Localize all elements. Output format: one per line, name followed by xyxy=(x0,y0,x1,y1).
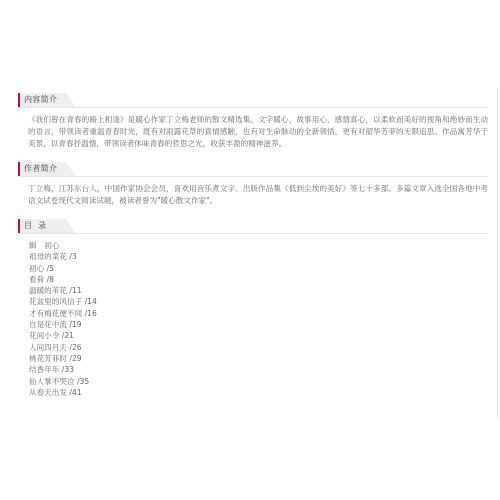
toc-item: 花间小令 /21 xyxy=(29,330,488,341)
intro-text: 《我们曾在青春的路上相逢》是暖心作家丁立梅老师的散文精选集。文字暖心，故事用心，… xyxy=(18,108,488,150)
intro-header: 内容简介 xyxy=(18,93,488,108)
intro-section: 内容简介 《我们曾在青春的路上相逢》是暖心作家丁立梅老师的散文精选集。文字暖心，… xyxy=(18,93,488,150)
toc-item: 花盆里的风信子 /14 xyxy=(29,296,488,307)
toc-item: 看荷 /8 xyxy=(29,274,488,285)
author-text: 丁立梅，江苏东台人，中国作家协会会员，喜欢用音乐煮文字。出版作品集《低到尘埃的美… xyxy=(18,177,488,207)
author-header: 作者简介 xyxy=(18,162,488,177)
intro-title: 内容简介 xyxy=(18,93,66,107)
toc-item: 才有梅花便不同 /16 xyxy=(29,308,488,319)
author-section: 作者简介 丁立梅，江苏东台人，中国作家协会会员，喜欢用音乐煮文字。出版作品集《低… xyxy=(18,162,488,207)
toc-item: 祖母的菜花 /3 xyxy=(29,251,488,262)
toc-item: 仙人掌不哭泣 /35 xyxy=(29,376,488,387)
toc-section: 目录 辑 初心 祖母的菜花 /3 初心 /5 看荷 /8 温暖的苇花 /11 花… xyxy=(18,219,488,398)
toc-item: 结香年年 /33 xyxy=(29,364,488,375)
toc-item: 辑 初心 xyxy=(29,240,488,251)
toc-header: 目录 xyxy=(18,219,488,234)
author-title: 作者简介 xyxy=(18,162,66,176)
toc-item: 自是花中流 /19 xyxy=(29,319,488,330)
right-border-line xyxy=(497,88,498,418)
toc-item: 温暖的苇花 /11 xyxy=(29,285,488,296)
toc-list: 辑 初心 祖母的菜花 /3 初心 /5 看荷 /8 温暖的苇花 /11 花盆里的… xyxy=(18,234,488,398)
toc-item: 从春天出发 /41 xyxy=(29,387,488,398)
toc-item: 人间四月天 /26 xyxy=(29,342,488,353)
toc-item: 初心 /5 xyxy=(29,263,488,274)
toc-title: 目录 xyxy=(18,219,66,233)
toc-item: 桃花芳菲时 /29 xyxy=(29,353,488,364)
